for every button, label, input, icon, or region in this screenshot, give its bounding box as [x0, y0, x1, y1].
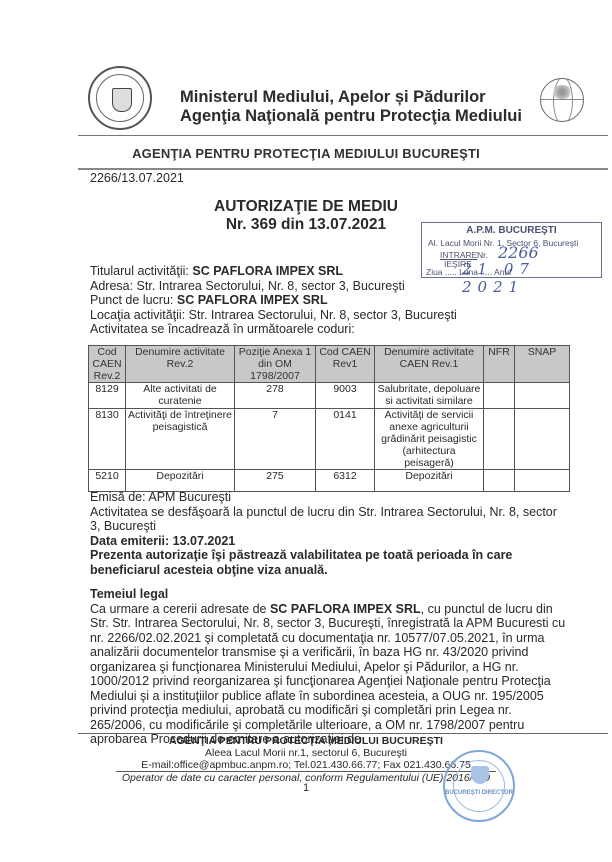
col-nfr: NFR: [484, 346, 515, 383]
ministry-line1: Ministerul Mediului, Apelor și Pădurilor: [180, 88, 522, 107]
table-row: 8129 Alte activitati de curatenie 278 90…: [89, 383, 570, 409]
activity-info: Titularul activităţii: SC PAFLORA IMPEX …: [90, 264, 457, 337]
col-pozitie-anexa: Poziţie Anexa 1 din OM 1798/2007: [235, 346, 316, 383]
issuance-block: Emisă de: APM Bucureşti Activitatea se d…: [90, 490, 560, 577]
cell: 8129: [89, 383, 126, 409]
footer: AGENŢIA PENTRU PROTECŢIA MEDIULUI BUCURE…: [0, 735, 612, 784]
table-row: 8130 Activităţi de întreţinere peisagist…: [89, 409, 570, 470]
cell: 5210: [89, 470, 126, 492]
legal-text-start: Ca urmare a cererii adresate de: [90, 602, 270, 616]
legal-basis-heading: Temeiul legal: [90, 587, 570, 602]
page-number: 1: [0, 782, 612, 794]
legal-text-rest: , cu punctul de lucru din Str. Str. Intr…: [90, 602, 565, 747]
cell: 6312: [316, 470, 375, 492]
cell: 7: [235, 409, 316, 470]
punct-label: Punct de lucru:: [90, 293, 173, 307]
titular-row: Titularul activităţii: SC PAFLORA IMPEX …: [90, 264, 457, 279]
cell: Depozitări: [375, 470, 484, 492]
table-row: 5210 Depozitări 275 6312 Depozitări: [89, 470, 570, 492]
col-denumire-rev1: Denumire activitate CAEN Rev.1: [375, 346, 484, 383]
valabilitate: Prezenta autorizaţie îşi păstrează valab…: [90, 548, 560, 577]
adresa-row: Adresa: Str. Intrarea Sectorului, Nr. 8,…: [90, 279, 457, 294]
cell: Alte activitati de curatenie: [126, 383, 235, 409]
seal-center-text: BUCUREŞTI DIRECTOR: [445, 790, 513, 797]
cell: [515, 409, 570, 470]
cell: 8130: [89, 409, 126, 470]
cell: [484, 470, 515, 492]
seal-emblem-icon: [471, 766, 489, 784]
cell: [484, 409, 515, 470]
data-emiterii: Data emiterii: 13.07.2021: [90, 534, 560, 549]
cell: 0141: [316, 409, 375, 470]
registration-number: 2266/13.07.2021: [90, 171, 184, 185]
header-divider: [78, 135, 608, 136]
footer-divider: [78, 733, 608, 734]
legal-basis-paragraph: Ca urmare a cererii adresate de SC PAFLO…: [90, 602, 570, 747]
col-snap: SNAP: [515, 346, 570, 383]
tree-icon: [551, 85, 573, 99]
agency-name: AGENŢIA PENTRU PROTECŢIA MEDIULUI BUCURE…: [0, 146, 612, 161]
cell: Salubritate, depoluare si activitati sim…: [375, 383, 484, 409]
footer-contact: E-mail:office@apmbuc.anpm.ro; Tel.021.43…: [0, 759, 612, 771]
titular-label: Titularul activităţii:: [90, 264, 189, 278]
ministry-heading: Ministerul Mediului, Apelor și Pădurilor…: [180, 88, 522, 126]
coat-of-arms-icon: [112, 88, 132, 112]
desfasoara: Activitatea se desfăşoară la punctul de …: [90, 505, 560, 534]
col-cod-caen-rev2: Cod CAEN Rev.2: [89, 346, 126, 383]
stamp-title: A.P.M. BUCUREŞTI: [422, 225, 601, 236]
legal-basis: Temeiul legal Ca urmare a cererii adresa…: [90, 587, 570, 747]
col-denumire-rev2: Denumire activitate Rev.2: [126, 346, 235, 383]
cell: 9003: [316, 383, 375, 409]
legal-company: SC PAFLORA IMPEX SRL: [270, 602, 421, 616]
cell: Activităţi de servicii anexe agriculturi…: [375, 409, 484, 470]
ministry-line2: Agenţia Naţională pentru Protecţia Mediu…: [180, 107, 522, 126]
cell: [515, 383, 570, 409]
col-cod-caen-rev1: Cod CAEN Rev1: [316, 346, 375, 383]
stamp-nr-label: Nr.: [477, 250, 488, 260]
coduri-row: Activitatea se încadrează în următoarele…: [90, 322, 457, 337]
official-seal-icon: BUCUREŞTI DIRECTOR: [443, 750, 515, 822]
stamp-date-handwritten: 21 07 2021: [462, 260, 601, 296]
guvernul-romaniei-seal-icon: [88, 66, 152, 130]
caen-table: Cod CAEN Rev.2 Denumire activitate Rev.2…: [88, 345, 570, 492]
table-header-row: Cod CAEN Rev.2 Denumire activitate Rev.2…: [89, 346, 570, 383]
cell: [515, 470, 570, 492]
cell: 278: [235, 383, 316, 409]
footer-address: Aleea Lacul Morii nr.1, sectorul 6, Bucu…: [0, 747, 612, 759]
cell: [484, 383, 515, 409]
punct-value: SC PAFLORA IMPEX SRL: [177, 293, 328, 307]
titular-value: SC PAFLORA IMPEX SRL: [192, 264, 343, 278]
punct-row: Punct de lucru: SC PAFLORA IMPEX SRL: [90, 293, 457, 308]
title-line1: AUTORIZAŢIE DE MEDIU: [0, 198, 612, 216]
footer-agency: AGENŢIA PENTRU PROTECŢIA MEDIULUI BUCURE…: [0, 735, 612, 747]
cell: Activităţi de întreţinere peisagistică: [126, 409, 235, 470]
agency-divider: [78, 168, 608, 170]
emisa-de: Emisă de: APM Bucureşti: [90, 490, 560, 505]
cell: Depozitări: [126, 470, 235, 492]
locatia-row: Locaţia activităţii: Str. Intrarea Secto…: [90, 308, 457, 323]
cell: 275: [235, 470, 316, 492]
globe-tree-logo-icon: [540, 78, 584, 122]
